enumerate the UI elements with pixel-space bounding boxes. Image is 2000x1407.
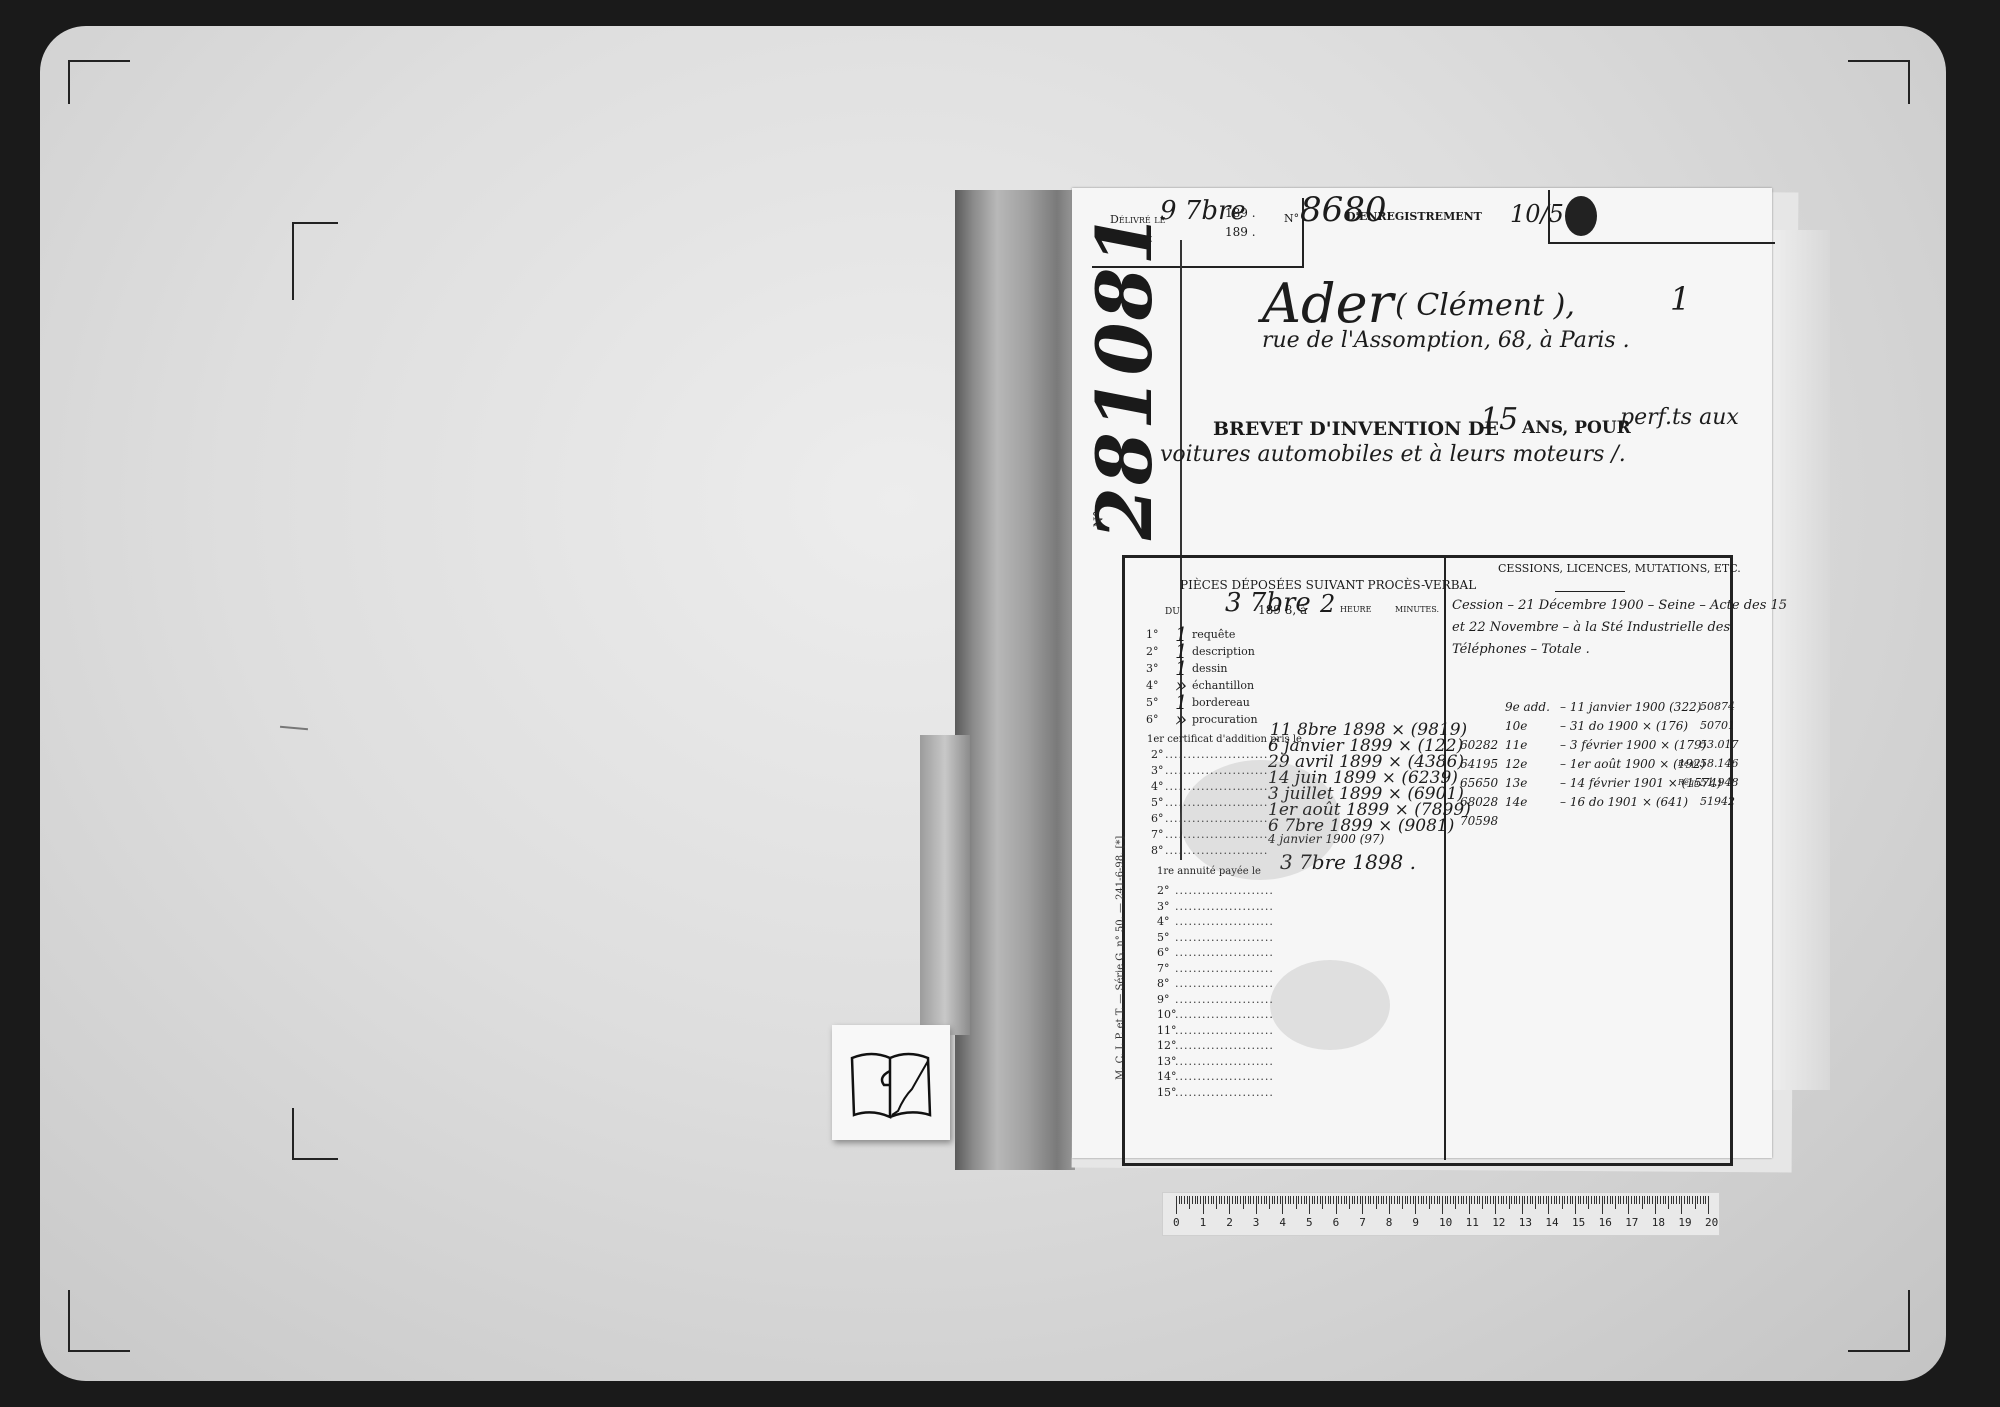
ruler-tick	[1708, 1196, 1709, 1214]
annuity-number: 13°	[1157, 1055, 1177, 1068]
addition-code: 58.146	[1700, 757, 1739, 770]
ruler-tick	[1514, 1196, 1515, 1204]
ruler-tick	[1546, 1196, 1547, 1204]
ruler-tick	[1176, 1196, 1177, 1214]
folder-tab	[920, 735, 970, 1035]
ruler-tick	[1503, 1196, 1504, 1204]
ruler-label: 3	[1253, 1216, 1260, 1229]
ruler-tick	[1274, 1196, 1275, 1204]
ruler-tick	[1684, 1196, 1685, 1204]
wax-seal	[1565, 196, 1597, 236]
water-stain	[1270, 960, 1390, 1050]
ruler-tick	[1647, 1196, 1648, 1204]
ruler-tick	[1304, 1196, 1305, 1204]
crop-mark-outer-top-right	[1848, 60, 1910, 104]
ruler-tick	[1336, 1196, 1337, 1214]
cession-line: et 22 Novembre – à la Sté Industrielle d…	[1452, 620, 1730, 635]
piece-label: requête	[1192, 628, 1235, 641]
dot-leader: ......................	[1175, 1024, 1274, 1037]
dot-leader: ......................	[1175, 1070, 1274, 1083]
ruler-tick	[1655, 1196, 1656, 1214]
ruler-tick	[1229, 1196, 1230, 1214]
ruler-tick	[1628, 1196, 1629, 1214]
ruler-tick	[1189, 1196, 1190, 1209]
ruler-tick	[1644, 1196, 1645, 1204]
heading-rule	[1555, 591, 1625, 592]
ruler-tick	[1330, 1196, 1331, 1204]
ruler-tick	[1604, 1196, 1605, 1204]
piece-label: dessin	[1192, 662, 1227, 675]
patent-duration: 15	[1480, 402, 1518, 437]
ruler-tick	[1317, 1196, 1318, 1204]
ruler-tick	[1211, 1196, 1212, 1204]
patent-title-prefix: BREVET D'INVENTION DE	[1213, 418, 1499, 440]
ruler-tick	[1527, 1196, 1528, 1204]
ruler-tick	[1671, 1196, 1672, 1204]
ruler-label: 1	[1200, 1216, 1207, 1229]
deposit-hour: 2	[1320, 590, 1335, 618]
piece-number: 5°	[1146, 696, 1159, 709]
folder-spine	[955, 190, 1075, 1170]
ruler-tick	[1293, 1196, 1294, 1204]
ruler-tick	[1570, 1196, 1571, 1204]
ruler-tick	[1660, 1196, 1661, 1204]
ruler-label: 14	[1545, 1216, 1558, 1229]
ruler-tick	[1458, 1196, 1459, 1204]
ruler-tick	[1631, 1196, 1632, 1204]
addition-entry: – 16 do 1901 × (641)	[1560, 795, 1688, 809]
water-stain	[1180, 760, 1340, 880]
ruler-tick	[1522, 1196, 1523, 1214]
ruler-tick	[1530, 1196, 1531, 1204]
ruler-tick	[1551, 1196, 1552, 1204]
ruler-tick	[1383, 1196, 1384, 1204]
dot-leader: ......................	[1175, 1008, 1274, 1021]
piece-label: procuration	[1192, 713, 1258, 726]
piece-label: description	[1192, 645, 1255, 658]
dot-leader: ......................	[1175, 993, 1274, 1006]
ruler-tick	[1282, 1196, 1283, 1214]
ruler-tick	[1673, 1196, 1674, 1204]
ruler-tick	[1397, 1196, 1398, 1204]
ruler-tick	[1421, 1196, 1422, 1204]
ruler-tick	[1511, 1196, 1512, 1204]
ruler-label: 8	[1386, 1216, 1393, 1229]
ruler-tick	[1562, 1196, 1563, 1209]
ruler-label: 18	[1652, 1216, 1665, 1229]
annuity-number: 5°	[1157, 931, 1170, 944]
ruler-tick	[1376, 1196, 1377, 1209]
ruler-label: 7	[1359, 1216, 1366, 1229]
addition-number: 9e add.	[1505, 700, 1550, 714]
ruler-tick	[1338, 1196, 1339, 1204]
addition-entry: – 31 do 1900 × (176)	[1560, 719, 1688, 733]
annuity-number: 3°	[1157, 900, 1170, 913]
ruler-tick	[1461, 1196, 1462, 1204]
ruler-tick	[1373, 1196, 1374, 1204]
ruler-tick	[1415, 1196, 1416, 1214]
ruler-tick	[1269, 1196, 1270, 1209]
annuity-number: 8°	[1157, 977, 1170, 990]
ruler-tick	[1205, 1196, 1206, 1204]
cession-line: Téléphones – Totale .	[1452, 642, 1590, 657]
ruler-tick	[1463, 1196, 1464, 1204]
ruler-tick	[1493, 1196, 1494, 1204]
ruler-tick	[1195, 1196, 1196, 1204]
ruler-label: 15	[1572, 1216, 1585, 1229]
addition-number: 14e	[1505, 795, 1527, 809]
ruler-tick	[1642, 1196, 1643, 1209]
ruler-tick	[1426, 1196, 1427, 1204]
ruler-tick	[1620, 1196, 1621, 1204]
dot-leader: ......................	[1175, 1086, 1274, 1099]
addition-code: 51.948	[1700, 776, 1739, 789]
ruler-tick	[1663, 1196, 1664, 1204]
ruler-label: 12	[1492, 1216, 1505, 1229]
torn-page-edges	[1770, 230, 1830, 1090]
patent-subject-part2: voitures automobiles et à leurs moteurs …	[1160, 442, 1626, 467]
ruler-tick	[1676, 1196, 1677, 1204]
addition-ref: 70598	[1460, 814, 1498, 828]
ruler-tick	[1243, 1196, 1244, 1209]
certificate-number: 4°	[1151, 780, 1164, 793]
ruler-tick	[1285, 1196, 1286, 1204]
ruler-tick	[1487, 1196, 1488, 1204]
ruler-label: 9	[1412, 1216, 1419, 1229]
dot-leader: ......................	[1175, 931, 1274, 944]
printer-mark: M. C. I. P. et T. — Série G, n° 50. — 24…	[1115, 836, 1126, 1080]
annuity-number: 14°	[1157, 1070, 1177, 1083]
cessions-heading: CESSIONS, LICENCES, MUTATIONS, ETC.	[1498, 562, 1741, 575]
ruler-tick	[1309, 1196, 1310, 1214]
certificate-number: 8°	[1151, 844, 1164, 857]
ruler-tick	[1261, 1196, 1262, 1204]
hour-label: HEURE	[1340, 605, 1371, 614]
ruler-tick	[1490, 1196, 1491, 1204]
du-label: DU	[1165, 607, 1180, 617]
annuity-number: 4°	[1157, 915, 1170, 928]
addition-number: 13e	[1505, 776, 1527, 790]
dot-leader: ......................	[1175, 1039, 1274, 1052]
open-book-map-icon	[832, 1025, 950, 1140]
ruler-tick	[1615, 1196, 1616, 1209]
ruler-tick	[1668, 1196, 1669, 1209]
ruler-tick	[1256, 1196, 1257, 1214]
dot-leader: ......................	[1175, 915, 1274, 928]
addition-ref: 64195	[1460, 757, 1498, 771]
ruler-tick	[1453, 1196, 1454, 1204]
annuity-number: 11°	[1157, 1024, 1177, 1037]
deposit-year: 189 8, à	[1258, 603, 1307, 617]
ruler-tick	[1248, 1196, 1249, 1204]
dot-leader: ......................	[1175, 884, 1274, 897]
ruler-tick	[1423, 1196, 1424, 1204]
crop-mark-outer-top-left	[68, 60, 130, 104]
ruler-tick	[1288, 1196, 1289, 1204]
ruler-tick	[1583, 1196, 1584, 1204]
ruler-label: 2	[1226, 1216, 1233, 1229]
ruler-tick	[1501, 1196, 1502, 1204]
ruler-tick	[1314, 1196, 1315, 1204]
addition-ref: 68028	[1460, 795, 1498, 809]
ruler-tick	[1312, 1196, 1313, 1204]
ruler-tick	[1442, 1196, 1443, 1214]
ruler-label: 0	[1173, 1216, 1180, 1229]
ruler-tick	[1578, 1196, 1579, 1204]
dot-leader: ......................	[1175, 977, 1274, 990]
ruler-tick	[1437, 1196, 1438, 1204]
ruler-tick	[1235, 1196, 1236, 1204]
ruler-tick	[1405, 1196, 1406, 1204]
ruler-tick	[1559, 1196, 1560, 1204]
ruler-tick	[1596, 1196, 1597, 1204]
ruler-tick	[1203, 1196, 1204, 1214]
ruler-tick	[1548, 1196, 1549, 1214]
piece-number: 3°	[1146, 662, 1159, 675]
ruler-label: 16	[1599, 1216, 1612, 1229]
annuity-number: 2°	[1157, 884, 1170, 897]
ruler-tick	[1439, 1196, 1440, 1204]
ruler-tick	[1516, 1196, 1517, 1204]
ruler-tick	[1418, 1196, 1419, 1204]
ruler-tick	[1344, 1196, 1345, 1204]
ruler-tick	[1431, 1196, 1432, 1204]
ruler-tick	[1184, 1196, 1185, 1204]
dot-leader: ......................	[1175, 946, 1274, 959]
ruler-tick	[1634, 1196, 1635, 1204]
addition-number: 12e	[1505, 757, 1527, 771]
ruler-tick	[1610, 1196, 1611, 1204]
ruler-tick	[1197, 1196, 1198, 1204]
ruler-tick	[1543, 1196, 1544, 1204]
ruler-tick	[1466, 1196, 1467, 1204]
ruler-tick	[1594, 1196, 1595, 1204]
ruler-tick	[1227, 1196, 1228, 1204]
patent-title-suffix: ANS, POUR	[1522, 418, 1631, 438]
ruler-tick	[1623, 1196, 1624, 1204]
certificate-number: 2°	[1151, 748, 1164, 761]
ruler-tick	[1532, 1196, 1533, 1204]
piece-number: 2°	[1146, 645, 1159, 658]
archive-logo-card	[832, 1025, 950, 1140]
ruler-tick	[1266, 1196, 1267, 1204]
crop-mark-inner-bottom-left	[292, 1108, 338, 1160]
ruler-tick	[1245, 1196, 1246, 1204]
certificate-number: 5°	[1151, 796, 1164, 809]
ruler-tick	[1224, 1196, 1225, 1204]
ruler-tick	[1689, 1196, 1690, 1204]
ruler-tick	[1221, 1196, 1222, 1204]
ruler-tick	[1524, 1196, 1525, 1204]
enregistrement-prefix: N°	[1284, 212, 1299, 225]
ruler-tick	[1253, 1196, 1254, 1204]
ruler-tick	[1346, 1196, 1347, 1204]
ruler-tick	[1407, 1196, 1408, 1204]
addition-entry: – 11 janvier 1900 (322)	[1560, 700, 1701, 714]
ruler-tick	[1556, 1196, 1557, 1204]
ruler-tick	[1703, 1196, 1704, 1204]
ruler-tick	[1591, 1196, 1592, 1204]
dot-leader: ......................	[1175, 1055, 1274, 1068]
addition-entry: – 3 février 1900 × (179)	[1560, 738, 1706, 752]
ruler-tick	[1389, 1196, 1390, 1214]
annuity-number: 10°	[1157, 1008, 1177, 1021]
cession-line: Cession – 21 Décembre 1900 – Seine – Act…	[1452, 598, 1787, 613]
piece-number: 6°	[1146, 713, 1159, 726]
annuity-number: 9°	[1157, 993, 1170, 1006]
ruler-label: 19	[1678, 1216, 1691, 1229]
ruler-tick	[1354, 1196, 1355, 1204]
ruler-tick	[1179, 1196, 1180, 1204]
ruler-tick	[1370, 1196, 1371, 1204]
ruler-tick	[1413, 1196, 1414, 1204]
ruler-tick	[1572, 1196, 1573, 1204]
ruler-label: 13	[1519, 1216, 1532, 1229]
ruler-tick	[1509, 1196, 1510, 1209]
ruler-tick	[1652, 1196, 1653, 1204]
ruler-tick	[1649, 1196, 1650, 1204]
delivre-year: 189 .	[1225, 206, 1256, 220]
crop-mark-outer-bottom-left	[68, 1290, 130, 1352]
piece-number: 4°	[1146, 679, 1159, 692]
ruler-tick	[1301, 1196, 1302, 1204]
ruler-tick	[1602, 1196, 1603, 1214]
ruler-tick	[1700, 1196, 1701, 1204]
ruler-tick	[1298, 1196, 1299, 1204]
ruler-label: 4	[1279, 1216, 1286, 1229]
addition-code: 50874	[1700, 700, 1735, 713]
ruler-tick	[1320, 1196, 1321, 1204]
ruler-tick	[1365, 1196, 1366, 1204]
ruler-tick	[1410, 1196, 1411, 1204]
ruler-tick	[1213, 1196, 1214, 1204]
addition-note: Réqu.	[1678, 778, 1702, 787]
ruler-tick	[1296, 1196, 1297, 1209]
ruler-tick	[1469, 1196, 1470, 1214]
ruler-tick	[1687, 1196, 1688, 1204]
crop-mark-inner-top-left	[292, 222, 338, 300]
certificate-number: 3°	[1151, 764, 1164, 777]
annuity-number: 12°	[1157, 1039, 1177, 1052]
ruler-tick	[1657, 1196, 1658, 1204]
addition-note: Réqu.	[1678, 759, 1702, 768]
ruler-tick	[1705, 1196, 1706, 1204]
ruler-tick	[1333, 1196, 1334, 1204]
ruler-tick	[1357, 1196, 1358, 1204]
ruler-tick	[1519, 1196, 1520, 1204]
ruler-tick	[1588, 1196, 1589, 1209]
ruler-tick	[1325, 1196, 1326, 1204]
ruler-tick	[1599, 1196, 1600, 1204]
ruler-tick	[1471, 1196, 1472, 1204]
ruler-tick	[1219, 1196, 1220, 1204]
ruler-tick	[1280, 1196, 1281, 1204]
ruler-tick	[1554, 1196, 1555, 1204]
ruler-label: 5	[1306, 1216, 1313, 1229]
applicant-address: rue de l'Assomption, 68, à Paris .	[1262, 328, 1630, 353]
annuity-number: 6°	[1157, 946, 1170, 959]
addition-ref: 60282	[1460, 738, 1498, 752]
ruler-tick	[1200, 1196, 1201, 1204]
patent-number-prefix: N°	[1091, 511, 1105, 528]
ruler-tick	[1362, 1196, 1363, 1214]
ruler-tick	[1636, 1196, 1637, 1204]
ruler-tick	[1240, 1196, 1241, 1204]
ruler-tick	[1187, 1196, 1188, 1204]
piece-label: bordereau	[1192, 696, 1250, 709]
parti-year: 189 .	[1225, 225, 1256, 239]
ruler-tick	[1485, 1196, 1486, 1204]
dot-leader: .......................	[1165, 748, 1268, 761]
ruler-tick	[1181, 1196, 1182, 1204]
ruler-tick	[1402, 1196, 1403, 1209]
ruler-tick	[1429, 1196, 1430, 1209]
annuity-number: 15°	[1157, 1086, 1177, 1099]
ruler-tick	[1695, 1196, 1696, 1209]
ruler-label: 6	[1333, 1216, 1340, 1229]
ruler-tick	[1216, 1196, 1217, 1209]
certificate-number: 7°	[1151, 828, 1164, 841]
ruler-tick	[1665, 1196, 1666, 1204]
ruler-tick	[1394, 1196, 1395, 1204]
ruler-tick	[1208, 1196, 1209, 1204]
piece-label: échantillon	[1192, 679, 1254, 692]
ruler-tick	[1391, 1196, 1392, 1204]
ruler-tick	[1679, 1196, 1680, 1204]
ruler-tick	[1479, 1196, 1480, 1204]
ruler-tick	[1264, 1196, 1265, 1204]
ruler-tick	[1306, 1196, 1307, 1204]
ruler-tick	[1455, 1196, 1456, 1209]
dot-leader: ......................	[1175, 900, 1274, 913]
ruler-tick	[1612, 1196, 1613, 1204]
ruler-tick	[1328, 1196, 1329, 1204]
certificate-number: 6°	[1151, 812, 1164, 825]
ruler-tick	[1450, 1196, 1451, 1204]
ruler-tick	[1564, 1196, 1565, 1204]
ruler-tick	[1692, 1196, 1693, 1204]
enregistrement-label: d'enregistrement	[1346, 210, 1482, 223]
ruler-tick	[1378, 1196, 1379, 1204]
piece-count: »	[1175, 707, 1187, 731]
addition-ref: 65650	[1460, 776, 1498, 790]
ruler-tick	[1368, 1196, 1369, 1204]
ruler-tick	[1586, 1196, 1587, 1204]
ruler-tick	[1681, 1196, 1682, 1214]
ruler-tick	[1639, 1196, 1640, 1204]
applicant-given-name: ( Clément ),	[1395, 288, 1575, 323]
ruler-tick	[1482, 1196, 1483, 1209]
ruler-tick	[1474, 1196, 1475, 1204]
addition-code: 50701	[1700, 719, 1735, 732]
ruler-tick	[1626, 1196, 1627, 1204]
minutes-label: MINUTES.	[1395, 605, 1439, 614]
ruler-tick	[1575, 1196, 1576, 1214]
ruler-tick	[1495, 1196, 1496, 1214]
ruler-tick	[1538, 1196, 1539, 1204]
annuity-number: 7°	[1157, 962, 1170, 975]
ruler-tick	[1697, 1196, 1698, 1204]
ruler-tick	[1618, 1196, 1619, 1204]
dot-leader: ......................	[1175, 962, 1274, 975]
ruler-tick	[1580, 1196, 1581, 1204]
ruler-tick	[1272, 1196, 1273, 1204]
ruler-tick	[1567, 1196, 1568, 1204]
ruler-tick	[1237, 1196, 1238, 1204]
ruler-tick	[1381, 1196, 1382, 1204]
ruler-tick	[1352, 1196, 1353, 1204]
ruler-tick	[1349, 1196, 1350, 1209]
